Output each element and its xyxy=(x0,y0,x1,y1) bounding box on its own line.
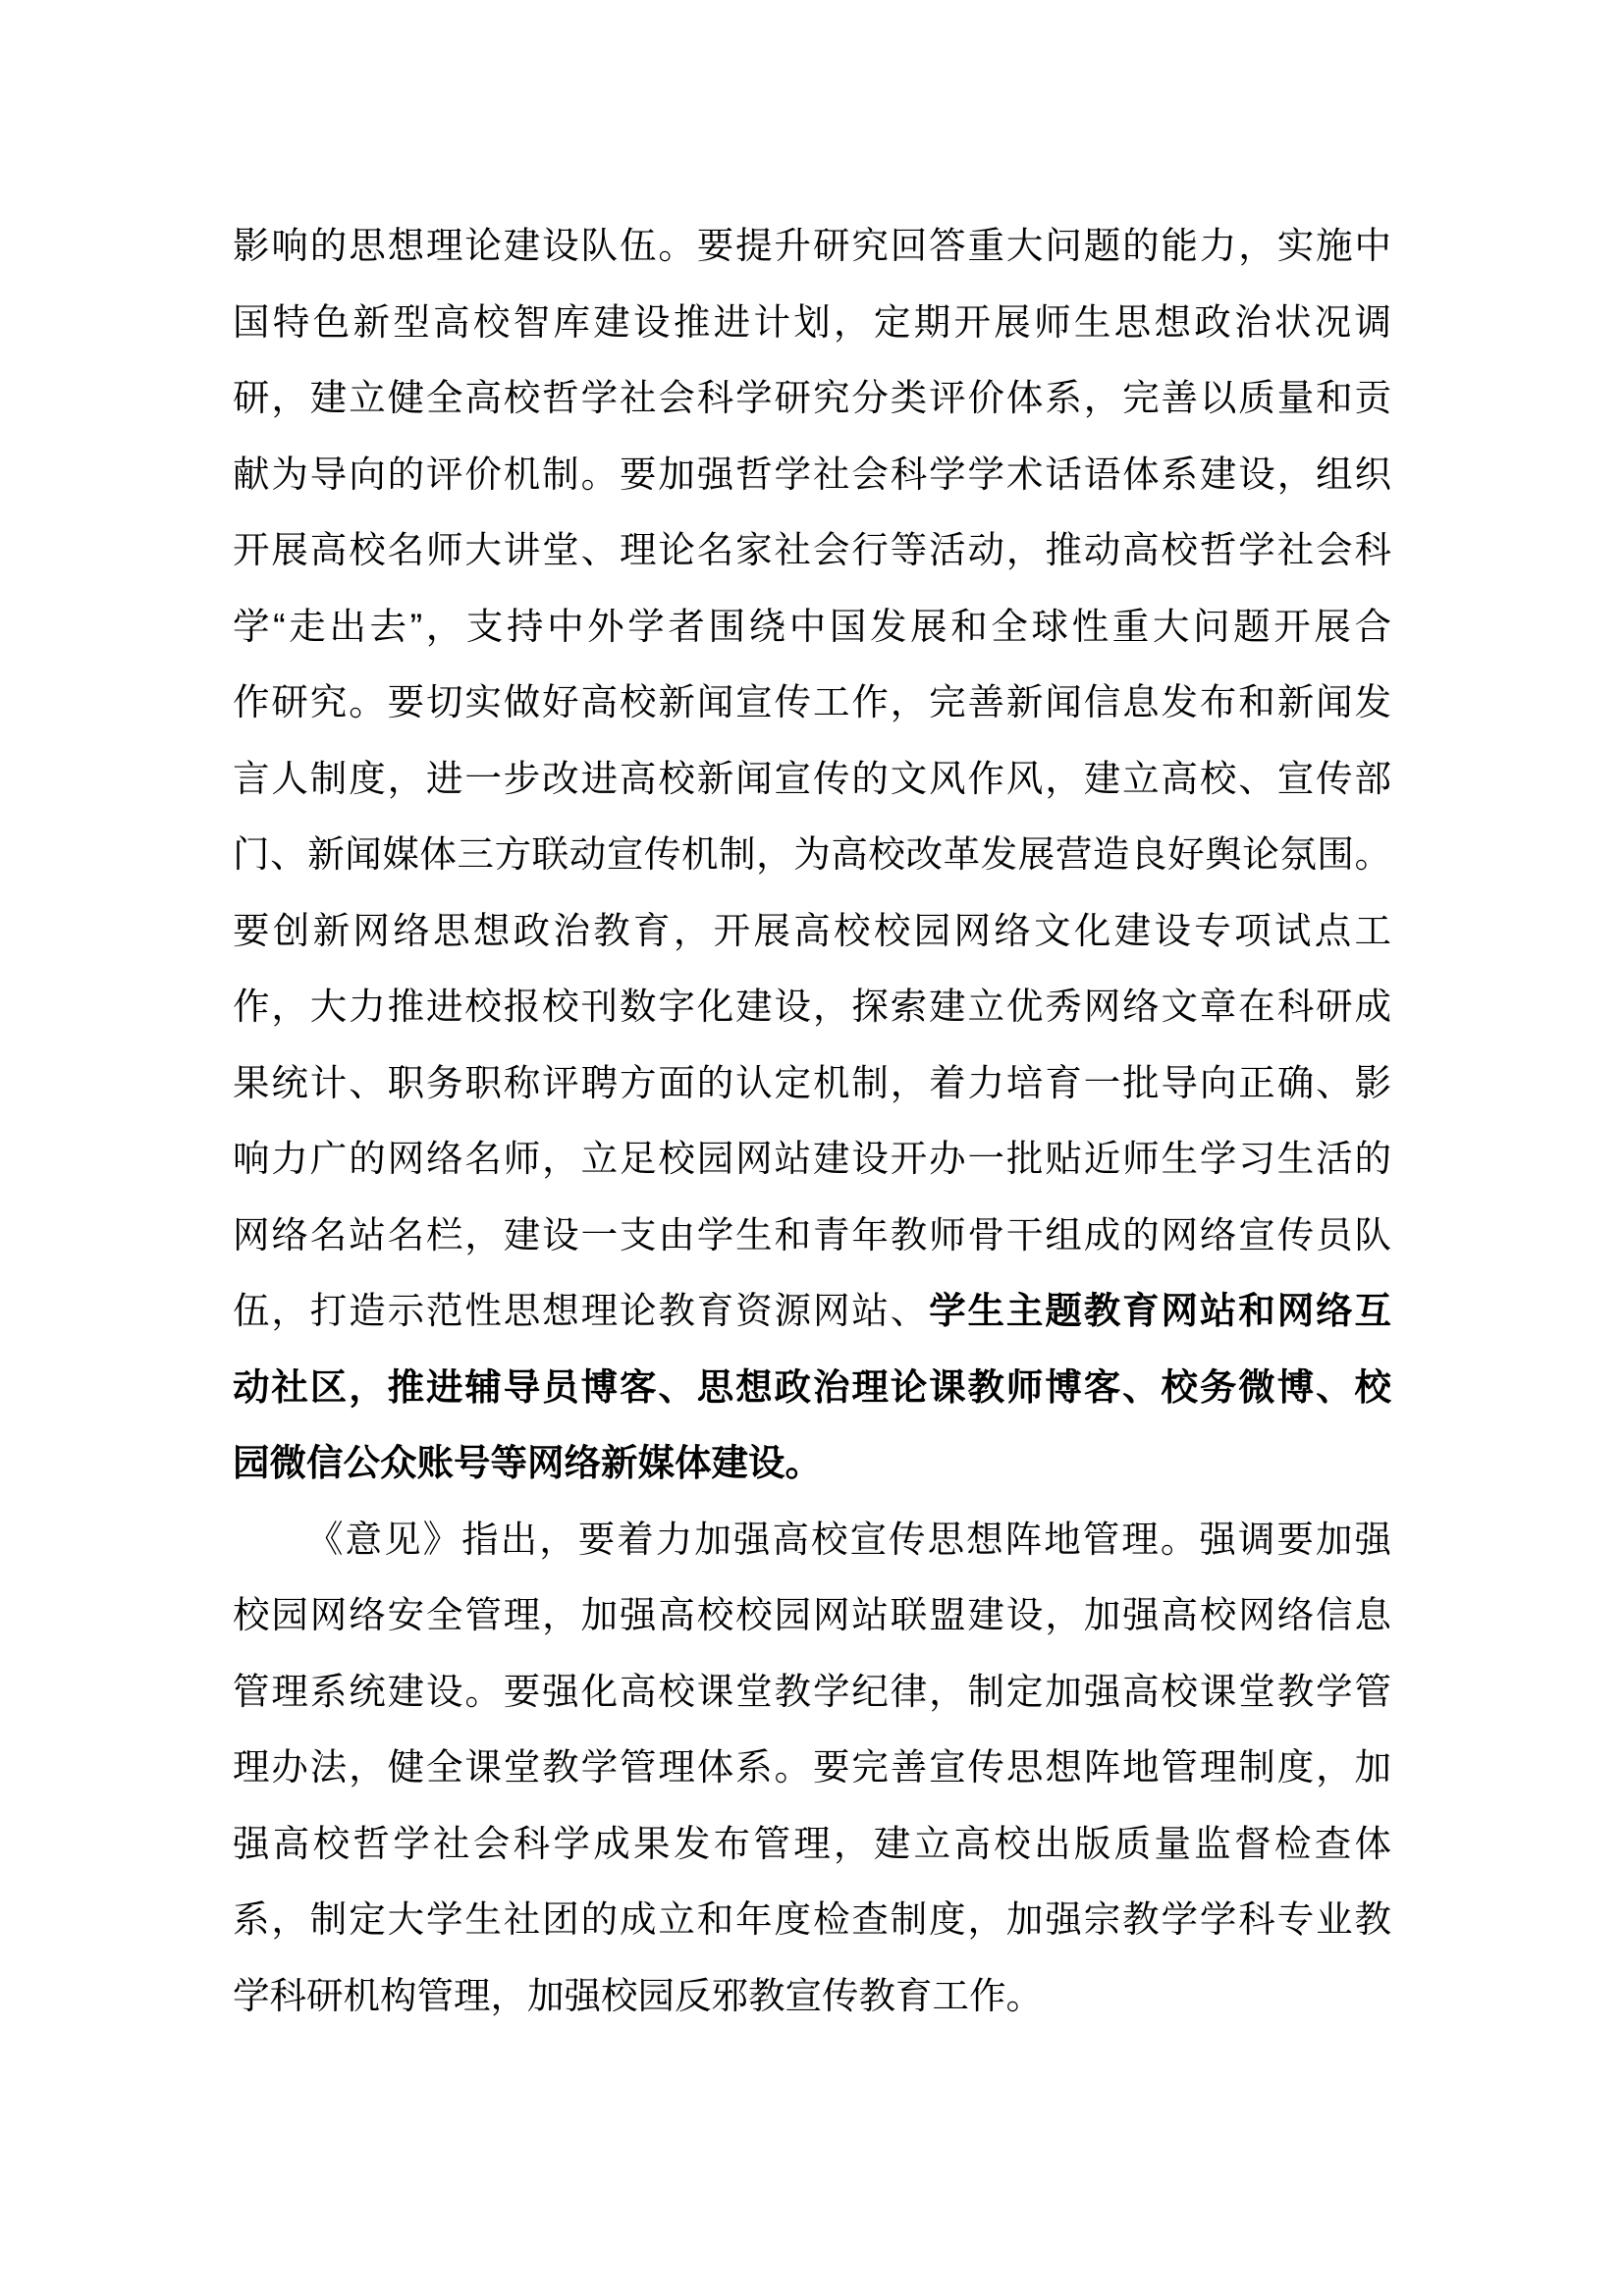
text-run: 校园网络安全管理，加强高校校园网站联盟建设，加强高校网络信息 xyxy=(233,1594,1391,1635)
text-run: 国特色新型高校智库建设推进计划，定期开展师生思想政治状况调 xyxy=(233,301,1391,343)
text-line: 开展高校名师大讲堂、理论名家社会行等活动，推动高校哲学社会科 xyxy=(233,512,1391,589)
text-line: 门、新闻媒体三方联动宣传机制，为高校改革发展营造良好舆论氛围。 xyxy=(233,817,1391,893)
text-line: 动社区，推进辅导员博客、思想政治理论课教师博客、校务微博、校 xyxy=(233,1350,1391,1426)
text-line: 管理系统建设。要强化高校课堂教学纪律，制定加强高校课堂教学管 xyxy=(233,1654,1391,1731)
text-run: 作，大力推进校报校刊数字化建设，探索建立优秀网络文章在科研成 xyxy=(233,986,1391,1027)
text-run: 果统计、职务职称评聘方面的认定机制，着力培育一批导向正确、影 xyxy=(233,1062,1391,1103)
text-run: 影响的思想理论建设队伍。要提升研究回答重大问题的能力，实施中 xyxy=(233,225,1391,266)
text-run: 献为导向的评价机制。要加强哲学社会科学学术话语体系建设，组织 xyxy=(233,454,1391,495)
text-run: 《意见》指出，要着力加强高校宣传思想阵地管理。强调要加强 xyxy=(306,1519,1391,1560)
text-run: 言人制度，进一步改进高校新闻宣传的文风作风，建立高校、宣传部 xyxy=(233,758,1391,799)
paragraph: 影响的思想理论建设队伍。要提升研究回答重大问题的能力，实施中国特色新型高校智库建… xyxy=(233,208,1391,1502)
text-line: 言人制度，进一步改进高校新闻宣传的文风作风，建立高校、宣传部 xyxy=(233,741,1391,818)
text-line: 国特色新型高校智库建设推进计划，定期开展师生思想政治状况调 xyxy=(233,285,1391,361)
text-run: 伍，打造示范性思想理论教育资源网站、 xyxy=(233,1290,929,1331)
text-line: 献为导向的评价机制。要加强哲学社会科学学术话语体系建设，组织 xyxy=(233,437,1391,513)
text-line: 作，大力推进校报校刊数字化建设，探索建立优秀网络文章在科研成 xyxy=(233,969,1391,1045)
paragraph: 《意见》指出，要着力加强高校宣传思想阵地管理。强调要加强校园网络安全管理，加强高… xyxy=(233,1502,1391,2035)
text-line: 影响的思想理论建设队伍。要提升研究回答重大问题的能力，实施中 xyxy=(233,208,1391,285)
text-run: 研，建立健全高校哲学社会科学研究分类评价体系，完善以质量和贡 xyxy=(233,377,1391,418)
text-run: 开展高校名师大讲堂、理论名家社会行等活动，推动高校哲学社会科 xyxy=(233,529,1391,570)
text-run: 网络名站名栏，建设一支由学生和青年教师骨干组成的网络宣传员队 xyxy=(233,1214,1391,1255)
bold-text-run: 园微信公众账号等网络新媒体建设。 xyxy=(233,1442,822,1483)
text-line: 作研究。要切实做好高校新闻宣传工作，完善新闻信息发布和新闻发 xyxy=(233,665,1391,741)
text-line: 系，制定大学生社团的成立和年度检查制度，加强宗教学学科专业教 xyxy=(233,1882,1391,1958)
text-run: 管理系统建设。要强化高校课堂教学纪律，制定加强高校课堂教学管 xyxy=(233,1671,1391,1712)
text-line: 学“走出去”，支持中外学者围绕中国发展和全球性重大问题开展合 xyxy=(233,589,1391,666)
text-run: 要创新网络思想政治教育，开展高校校园网络文化建设专项试点工 xyxy=(233,910,1391,951)
text-line: 要创新网络思想政治教育，开展高校校园网络文化建设专项试点工 xyxy=(233,893,1391,970)
text-line: 果统计、职务职称评聘方面的认定机制，着力培育一批导向正确、影 xyxy=(233,1045,1391,1122)
bold-text-run: 动社区，推进辅导员博客、思想政治理论课教师博客、校务微博、校 xyxy=(233,1366,1391,1408)
text-run: 强高校哲学社会科学成果发布管理，建立高校出版质量监督检查体 xyxy=(233,1823,1391,1864)
text-run: 理办法，健全课堂教学管理体系。要完善宣传思想阵地管理制度，加 xyxy=(233,1746,1391,1788)
text-run: 学科研机构管理，加强校园反邪教宣传教育工作。 xyxy=(233,1975,1043,2016)
text-line: 强高校哲学社会科学成果发布管理，建立高校出版质量监督检查体 xyxy=(233,1806,1391,1883)
text-line: 响力广的网络名师，立足校园网站建设开办一批贴近师生学习生活的 xyxy=(233,1121,1391,1198)
text-run: 作研究。要切实做好高校新闻宣传工作，完善新闻信息发布和新闻发 xyxy=(233,681,1391,722)
text-line: 网络名站名栏，建设一支由学生和青年教师骨干组成的网络宣传员队 xyxy=(233,1198,1391,1274)
text-run: 系，制定大学生社团的成立和年度检查制度，加强宗教学学科专业教 xyxy=(233,1898,1391,1940)
text-line: 园微信公众账号等网络新媒体建设。 xyxy=(233,1425,1391,1502)
text-line: 校园网络安全管理，加强高校校园网站联盟建设，加强高校网络信息 xyxy=(233,1577,1391,1654)
text-run: 门、新闻媒体三方联动宣传机制，为高校改革发展营造良好舆论氛围。 xyxy=(233,833,1391,875)
text-line: 理办法，健全课堂教学管理体系。要完善宣传思想阵地管理制度，加 xyxy=(233,1730,1391,1806)
bold-text-run: 学生主题教育网站和网络互 xyxy=(929,1290,1391,1331)
text-line: 学科研机构管理，加强校园反邪教宣传教育工作。 xyxy=(233,1958,1391,2035)
text-run: 学“走出去”，支持中外学者围绕中国发展和全球性重大问题开展合 xyxy=(233,606,1391,647)
text-line: 《意见》指出，要着力加强高校宣传思想阵地管理。强调要加强 xyxy=(233,1502,1391,1578)
text-run: 响力广的网络名师，立足校园网站建设开办一批贴近师生学习生活的 xyxy=(233,1138,1391,1179)
text-line: 研，建立健全高校哲学社会科学研究分类评价体系，完善以质量和贡 xyxy=(233,360,1391,437)
text-line: 伍，打造示范性思想理论教育资源网站、学生主题教育网站和网络互 xyxy=(233,1273,1391,1350)
document-page: 影响的思想理论建设队伍。要提升研究回答重大问题的能力，实施中国特色新型高校智库建… xyxy=(0,0,1624,2296)
text-block: 影响的思想理论建设队伍。要提升研究回答重大问题的能力，实施中国特色新型高校智库建… xyxy=(233,208,1391,2034)
